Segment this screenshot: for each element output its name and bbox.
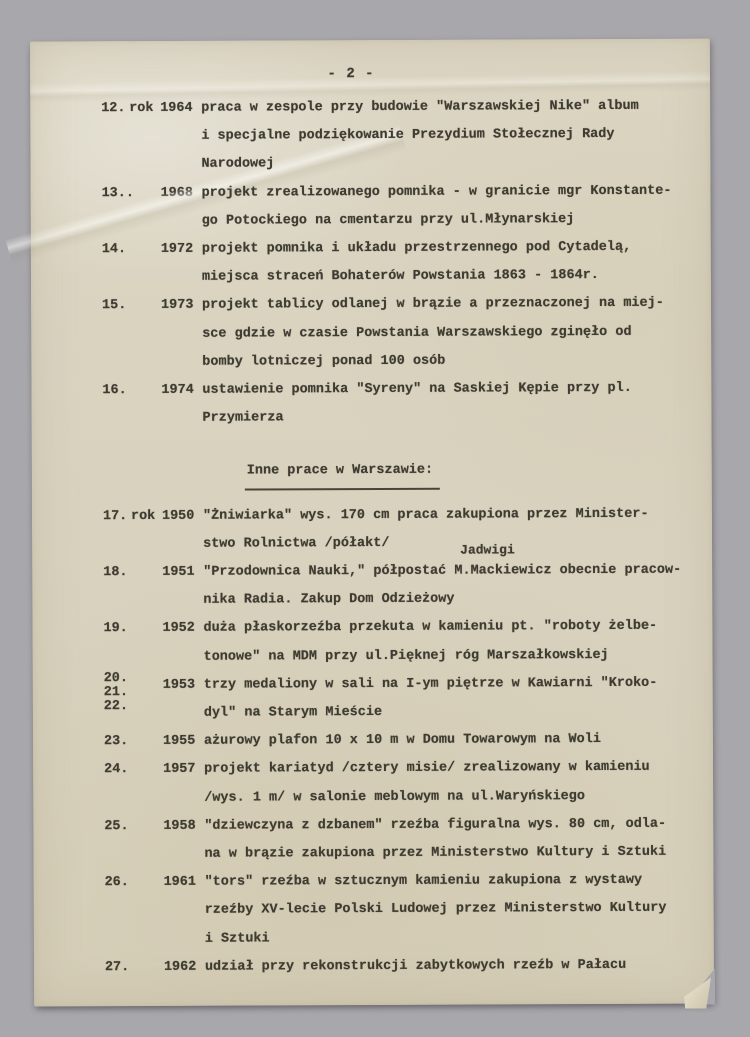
list-item: 13..1968projekt zrealizowanego pomnika -… bbox=[102, 177, 711, 236]
item-text: ażurowy plafon 10 x 10 m w Domu Towarowy… bbox=[204, 726, 713, 756]
item-text-line: bomby lotniczej ponad 100 osób bbox=[202, 346, 711, 376]
item-year: 1958 bbox=[163, 813, 204, 841]
list-item: 24.1957projekt kariatyd /cztery misie/ z… bbox=[104, 754, 713, 813]
item-number-line: 12. bbox=[101, 95, 129, 123]
works-list: 12.rok1964praca w zespole przy budowie "… bbox=[30, 93, 714, 983]
list-item: 23.1955ażurowy plafon 10 x 10 m w Domu T… bbox=[104, 726, 713, 757]
item-text-line: dyl" na Starym Mieście bbox=[204, 698, 713, 728]
item-number-line: 16. bbox=[102, 377, 130, 405]
list-item: 14.1972projekt pomnika i układu przestrz… bbox=[102, 234, 711, 293]
item-year: 1951 bbox=[162, 559, 203, 587]
item-number: 26. bbox=[105, 869, 133, 897]
item-text-line: tonowe" na MDM przy ul.Pięknej róg Marsz… bbox=[204, 641, 713, 671]
item-rok-label: rok bbox=[129, 95, 160, 123]
item-text-line: na w brązie zakupiona przez Ministerstwo… bbox=[204, 839, 713, 869]
item-year: 1973 bbox=[161, 292, 202, 320]
page-number: - 2 - bbox=[30, 63, 710, 86]
item-number-line: 18. bbox=[103, 559, 131, 587]
item-number-line: 19. bbox=[103, 616, 131, 644]
item-text-line: projekt kariatyd /cztery misie/ zrealizo… bbox=[204, 754, 713, 784]
item-text-line: /wys. 1 m/ w salonie meblowym na ul.Wary… bbox=[204, 782, 713, 812]
item-text: "tors" rzeźba w sztucznym kamieniu zakup… bbox=[205, 867, 714, 954]
item-year: 1955 bbox=[163, 728, 204, 756]
item-text-line: nika Radia. Zakup Dom Odzieżowy bbox=[203, 585, 712, 615]
item-number: 15. bbox=[102, 292, 130, 320]
item-text: projekt kariatyd /cztery misie/ zrealizo… bbox=[204, 754, 713, 813]
item-number: 23. bbox=[104, 728, 132, 756]
item-text: "Przodownica Nauki," półpostać M.Mackiew… bbox=[203, 557, 712, 616]
item-year: 1950 bbox=[162, 502, 203, 530]
item-text-line: "Przodownica Nauki," półpostać M.Mackiew… bbox=[203, 557, 712, 587]
paper-sheet: - 2 - 12.rok1964praca w zespole przy bud… bbox=[30, 39, 714, 1007]
item-text-line: projekt zrealizowanego pomnika - w grani… bbox=[202, 177, 711, 207]
item-text-line: go Potockiego na cmentarzu przy ul.Młyna… bbox=[202, 205, 711, 235]
item-text-line: i specjalne podziękowanie Prezydium Stoł… bbox=[201, 121, 710, 151]
item-text-line: i Sztuki bbox=[205, 923, 714, 953]
list-item: 20.21.22.1953trzy medaliony w sali na I-… bbox=[104, 669, 713, 728]
item-text-line: duża płaskorzeźba przekuta w kamieniu pt… bbox=[203, 613, 712, 643]
item-number-line: 26. bbox=[105, 869, 133, 897]
item-text: "Żniwiarka" wys. 170 cm praca zakupiona … bbox=[203, 500, 712, 559]
item-number-line: 14. bbox=[102, 236, 130, 264]
list-item: 26.1961"tors" rzeźba w sztucznym kamieni… bbox=[105, 867, 714, 954]
item-year: 1953 bbox=[163, 672, 204, 700]
item-number: 13.. bbox=[102, 180, 130, 208]
item-text-line: projekt tablicy odlanej w brązie a przez… bbox=[202, 290, 711, 320]
item-text-line: "tors" rzeźba w sztucznym kamieniu zakup… bbox=[205, 867, 714, 897]
item-number-line: 24. bbox=[104, 757, 132, 785]
item-number: 16. bbox=[102, 377, 130, 405]
item-year: 1961 bbox=[164, 869, 205, 897]
item-text: udział przy rekonstrukcji zabytkowych rz… bbox=[205, 951, 714, 981]
item-number: 24. bbox=[104, 757, 132, 785]
item-text: trzy medaliony w sali na I-ym piętrze w … bbox=[204, 669, 713, 728]
item-text-line: Przymierza bbox=[202, 403, 711, 433]
list-item: 16.1974ustawienie pomnika "Syreny" na Sa… bbox=[102, 375, 711, 434]
list-item: 15.1973projekt tablicy odlanej w brązie … bbox=[102, 290, 711, 377]
item-text: praca w zespole przy budowie "Warszawski… bbox=[201, 93, 710, 180]
list-item: 18.1951"Przodownica Nauki," półpostać M.… bbox=[103, 557, 712, 616]
item-text: "dziewczyna z dzbanem" rzeźba figuralna … bbox=[204, 810, 713, 869]
item-text-line: rzeźby XV-lecie Polski Ludowej przez Min… bbox=[205, 895, 714, 925]
item-text-line: miejsca straceń Bohaterów Powstania 1863… bbox=[202, 262, 711, 292]
item-number-line: 15. bbox=[102, 292, 130, 320]
item-number-line: 22. bbox=[104, 700, 132, 714]
item-number-line: 25. bbox=[104, 813, 132, 841]
item-text-line: udział przy rekonstrukcji zabytkowych rz… bbox=[205, 951, 714, 981]
item-number: 12. bbox=[101, 95, 129, 123]
item-year: 1957 bbox=[163, 756, 204, 784]
item-number: 27. bbox=[105, 954, 133, 982]
inserted-annotation: Jadwigi bbox=[460, 543, 515, 557]
item-year: 1964 bbox=[160, 95, 201, 123]
item-year: 1972 bbox=[161, 236, 202, 264]
list-item: 19.1952duża płaskorzeźba przekuta w kami… bbox=[103, 613, 712, 672]
item-number: 18. bbox=[103, 559, 131, 587]
item-number: 25. bbox=[104, 813, 132, 841]
item-text-line: ustawienie pomnika "Syreny" na Saskiej K… bbox=[202, 375, 711, 405]
item-number: 20.21.22. bbox=[104, 672, 132, 715]
item-text-line: Narodowej bbox=[201, 149, 710, 179]
item-year: 1962 bbox=[164, 954, 205, 982]
item-number-line: 27. bbox=[105, 954, 133, 982]
list-item: 25.1958"dziewczyna z dzbanem" rzeźba fig… bbox=[104, 810, 713, 869]
item-year: 1974 bbox=[161, 377, 202, 405]
item-text-line: praca w zespole przy budowie "Warszawski… bbox=[201, 93, 710, 123]
item-text: projekt pomnika i układu przestrzennego … bbox=[202, 234, 711, 293]
item-text-line: sce gdzie w czasie Powstania Warszawskie… bbox=[202, 318, 711, 348]
item-text: ustawienie pomnika "Syreny" na Saskiej K… bbox=[202, 375, 711, 434]
item-text-line: "dziewczyna z dzbanem" rzeźba figuralna … bbox=[204, 810, 713, 840]
item-number-line: 13.. bbox=[102, 180, 130, 208]
list-item: 17.rok1950"Żniwiarka" wys. 170 cm praca … bbox=[103, 500, 712, 559]
item-text-line: trzy medaliony w sali na I-ym piętrze w … bbox=[204, 669, 713, 699]
item-text: projekt tablicy odlanej w brązie a przez… bbox=[202, 290, 711, 377]
item-number-line: 23. bbox=[104, 728, 132, 756]
list-item: 12.rok1964praca w zespole przy budowie "… bbox=[101, 93, 710, 180]
item-text-line: "Żniwiarka" wys. 170 cm praca zakupiona … bbox=[203, 500, 712, 530]
item-rok-label: rok bbox=[131, 503, 162, 531]
item-text-line: projekt pomnika i układu przestrzennego … bbox=[202, 234, 711, 264]
item-number: 17. bbox=[103, 503, 131, 531]
item-number: 14. bbox=[102, 236, 130, 264]
item-year: 1968 bbox=[161, 179, 202, 207]
section-heading: Inne prace w Warszawie: bbox=[245, 457, 440, 490]
item-year: 1952 bbox=[162, 615, 203, 643]
item-text: projekt zrealizowanego pomnika - w grani… bbox=[202, 177, 711, 236]
item-number-line: 17. bbox=[103, 503, 131, 531]
item-number: 19. bbox=[103, 616, 131, 644]
item-text-line: stwo Rolnictwa /półakt/ bbox=[203, 528, 712, 558]
document-scan: - 2 - 12.rok1964praca w zespole przy bud… bbox=[0, 0, 750, 1037]
list-item: 27.1962udział przy rekonstrukcji zabytko… bbox=[105, 951, 714, 982]
item-text: duża płaskorzeźba przekuta w kamieniu pt… bbox=[203, 613, 712, 672]
item-text-line: ażurowy plafon 10 x 10 m w Domu Towarowy… bbox=[204, 726, 713, 756]
